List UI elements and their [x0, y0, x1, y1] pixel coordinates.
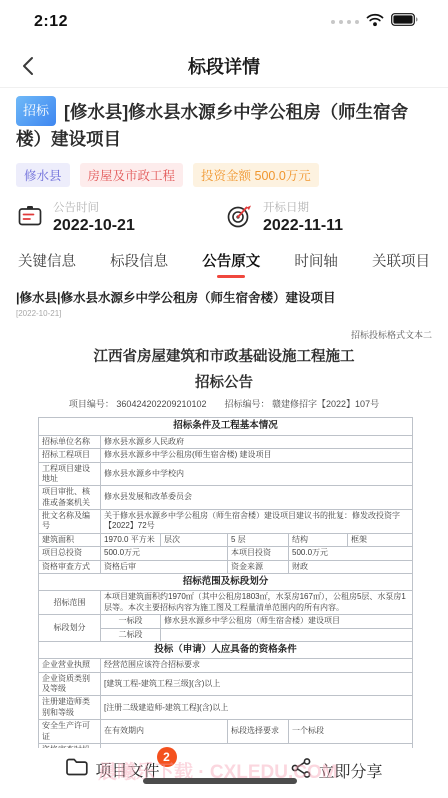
battery-icon: [391, 13, 418, 31]
table-cell: 注册建造师类别和等级: [39, 696, 101, 720]
table-cell: 修水县发展和改革委员会: [101, 486, 413, 510]
share-label: 立即分享: [318, 759, 382, 782]
table-section-header: 招标条件及工程基本情况: [39, 418, 413, 435]
table-cell: 关于修水县水源乡中学公租房（师生宿舍楼）建设项目建议书的批复：修发改投资字【20…: [101, 510, 413, 534]
table-row: 招标工程项目修水县水源乡中学公租房(师生宿舍楼) 建设项目: [39, 449, 413, 462]
tag-chips: 修水县 房屋及市政工程 投资金额 500.0万元: [16, 163, 432, 187]
table-cell: 项目审批、核准或备案机关: [39, 486, 101, 510]
table-cell: [建筑工程-建筑工程三级](含)以上: [101, 672, 413, 696]
date-info-row: 公告时间 2022-10-21 开标日期 2022-11-11: [16, 201, 432, 236]
table-cell: 500.0万元: [101, 547, 228, 560]
page-title: 标段详情: [188, 53, 260, 79]
table-cell: 企业营业执照: [39, 659, 101, 672]
share-button[interactable]: 立即分享: [290, 757, 382, 784]
doc-heading-line1: 江西省房屋建筑和市政基础设施工程施工: [16, 347, 432, 368]
nav-bar: 标段详情: [0, 44, 448, 88]
table-row: 安全生产许可证在有效期内标段选择要求一个标段: [39, 720, 413, 744]
table-row: 建筑面积1970.0 平方米层次5 层结构框架: [39, 533, 413, 546]
table-cell: 项目总投资: [39, 547, 101, 560]
doc-title: |修水县|修水县水源乡中学公租房（师生宿舍楼）建设项目: [16, 288, 432, 306]
table-cell: [注册二级建造师-建筑工程](含)以上: [101, 696, 413, 720]
tab-timeline[interactable]: 时间轴: [294, 250, 338, 278]
announcement-icon: [16, 202, 44, 235]
doc-date: [2022-10-21]: [16, 309, 432, 318]
status-bar: 2:12: [0, 0, 448, 44]
table-row: 企业资质类别及等级[建筑工程-建筑工程三级](含)以上: [39, 672, 413, 696]
table-cell: 一个标段: [289, 720, 413, 744]
table-cell: 资金来源: [228, 560, 289, 573]
table-cell: 批文名称及编号: [39, 510, 101, 534]
table-cell: 在有效期内: [101, 720, 228, 744]
table-row: 企业营业执照经营范围应该符合招标要求: [39, 659, 413, 672]
table-row: 资格审查方式资格后审资金来源财政: [39, 560, 413, 573]
tab-related-projects[interactable]: 关联项目: [372, 250, 430, 278]
table-cell: 财政: [289, 560, 413, 573]
project-title-text: [修水县]修水县水源乡中学公租房（师生宿舍楼）建设项目: [16, 102, 408, 149]
table-cell: 资格后审: [101, 560, 228, 573]
table-cell: 标段划分: [39, 615, 101, 642]
table-cell: 建筑面积: [39, 533, 101, 546]
table-section-header: 招标范围及标段划分: [39, 574, 413, 591]
table-cell: 工程项目建设地址: [39, 462, 101, 486]
table-cell: 500.0万元: [289, 547, 413, 560]
table-cell: 修水县水源乡中学公租房(师生宿舍楼) 建设项目: [101, 449, 413, 462]
table-cell: 修水县水源乡人民政府: [101, 435, 413, 448]
table-row: 项目审批、核准或备案机关修水县发展和改革委员会: [39, 486, 413, 510]
table-cell: 一标段: [101, 615, 161, 628]
home-indicator[interactable]: [143, 778, 297, 784]
back-button[interactable]: [14, 52, 42, 80]
table-cell: 二标段: [101, 628, 161, 641]
doc-table: 招标条件及工程基本情况招标单位名称修水县水源乡人民政府招标工程项目修水县水源乡中…: [38, 417, 413, 790]
table-cell: 招标单位名称: [39, 435, 101, 448]
bottom-action-bar: 项目文件 2 立即分享: [0, 748, 448, 798]
table-cell: 5 层: [228, 533, 289, 546]
table-cell: 招标范围: [39, 591, 101, 615]
app-screen: 2:12 标段详情 招标[修水县]修水县水源乡中学公租房（师生宿舍楼）建设项目 …: [0, 0, 448, 798]
table-cell: 经营范围应该符合招标要求: [101, 659, 413, 672]
table-cell: 框架: [348, 533, 413, 546]
chip-category: 房屋及市政工程: [80, 163, 184, 187]
table-row: 招标范围本项目建筑面积约1970㎡（其中公租房1803㎡，水泵房167㎡），公租…: [39, 591, 413, 615]
opening-date-label: 开标日期: [263, 201, 343, 215]
project-title: 招标[修水县]修水县水源乡中学公租房（师生宿舍楼）建设项目: [16, 96, 432, 153]
table-row: 招标单位名称修水县水源乡人民政府: [39, 435, 413, 448]
table-cell: 修水县水源乡中学公租房（师生宿舍楼）建设项目: [161, 615, 413, 628]
doc-meta-line: 项目编号： 360424202209210102 招标编号： 赣建修招字【202…: [16, 397, 432, 410]
announce-time-value: 2022-10-21: [53, 216, 135, 236]
table-section-header: 投标（申请）人应具备的资格条件: [39, 641, 413, 658]
table-cell: 修水县水源乡中学校内: [101, 462, 413, 486]
tab-announcement-text[interactable]: 公告原文: [202, 250, 260, 278]
announce-time-label: 公告时间: [53, 201, 135, 215]
target-icon: [224, 201, 254, 236]
table-row: 投标（申请）人应具备的资格条件: [39, 641, 413, 658]
table-cell: [161, 628, 413, 641]
table-cell: 标段选择要求: [228, 720, 289, 744]
opening-date-value: 2022-11-11: [263, 216, 343, 236]
table-cell: 安全生产许可证: [39, 720, 101, 744]
table-cell: 本项目投资: [228, 547, 289, 560]
status-time: 2:12: [34, 13, 68, 31]
wifi-icon: [366, 13, 384, 32]
table-cell: 招标工程项目: [39, 449, 101, 462]
project-number: 项目编号： 360424202209210102: [69, 397, 207, 410]
tab-key-info[interactable]: 关键信息: [18, 250, 76, 278]
table-row: 招标范围及标段划分: [39, 574, 413, 591]
table-row: 批文名称及编号关于修水县水源乡中学公租房（师生宿舍楼）建设项目建议书的批复：修发…: [39, 510, 413, 534]
project-card: 招标[修水县]修水县水源乡中学公租房（师生宿舍楼）建设项目 修水县 房屋及市政工…: [0, 88, 448, 236]
table-row: 标段划分一标段修水县水源乡中学公租房（师生宿舍楼）建设项目: [39, 615, 413, 628]
table-cell: 本项目建筑面积约1970㎡（其中公租房1803㎡，水泵房167㎡），公租房5层、…: [101, 591, 413, 615]
table-row: 工程项目建设地址修水县水源乡中学校内: [39, 462, 413, 486]
table-cell: 层次: [161, 533, 228, 546]
chip-investment: 投资金额 500.0万元: [193, 163, 319, 187]
folder-icon: [65, 757, 89, 782]
table-cell: 企业资质类别及等级: [39, 672, 101, 696]
files-count-badge: 2: [157, 747, 177, 767]
table-row: 注册建造师类别和等级[注册二级建造师-建筑工程](含)以上: [39, 696, 413, 720]
announce-time-block: 公告时间 2022-10-21: [16, 201, 224, 236]
table-row: 项目总投资500.0万元本项目投资500.0万元: [39, 547, 413, 560]
announcement-document: |修水县|修水县水源乡中学公租房（师生宿舍楼）建设项目 [2022-10-21]…: [0, 278, 448, 790]
chip-region: 修水县: [16, 163, 70, 187]
doc-heading-line2: 招标公告: [16, 371, 432, 392]
bid-type-badge: 招标: [16, 96, 56, 126]
cellular-signal-icon: [331, 20, 359, 24]
opening-date-block: 开标日期 2022-11-11: [224, 201, 432, 236]
doc-format-note: 招标投标格式文本二: [16, 328, 432, 341]
table-cell: 结构: [289, 533, 348, 546]
tab-bar: 关键信息 标段信息 公告原文 时间轴 关联项目: [0, 240, 448, 278]
table-cell: 1970.0 平方米: [101, 533, 161, 546]
table-cell: 资格审查方式: [39, 560, 101, 573]
tab-section-info[interactable]: 标段信息: [110, 250, 168, 278]
bid-number: 招标编号： 赣建修招字【2022】107号: [225, 397, 380, 410]
table-row: 招标条件及工程基本情况: [39, 418, 413, 435]
